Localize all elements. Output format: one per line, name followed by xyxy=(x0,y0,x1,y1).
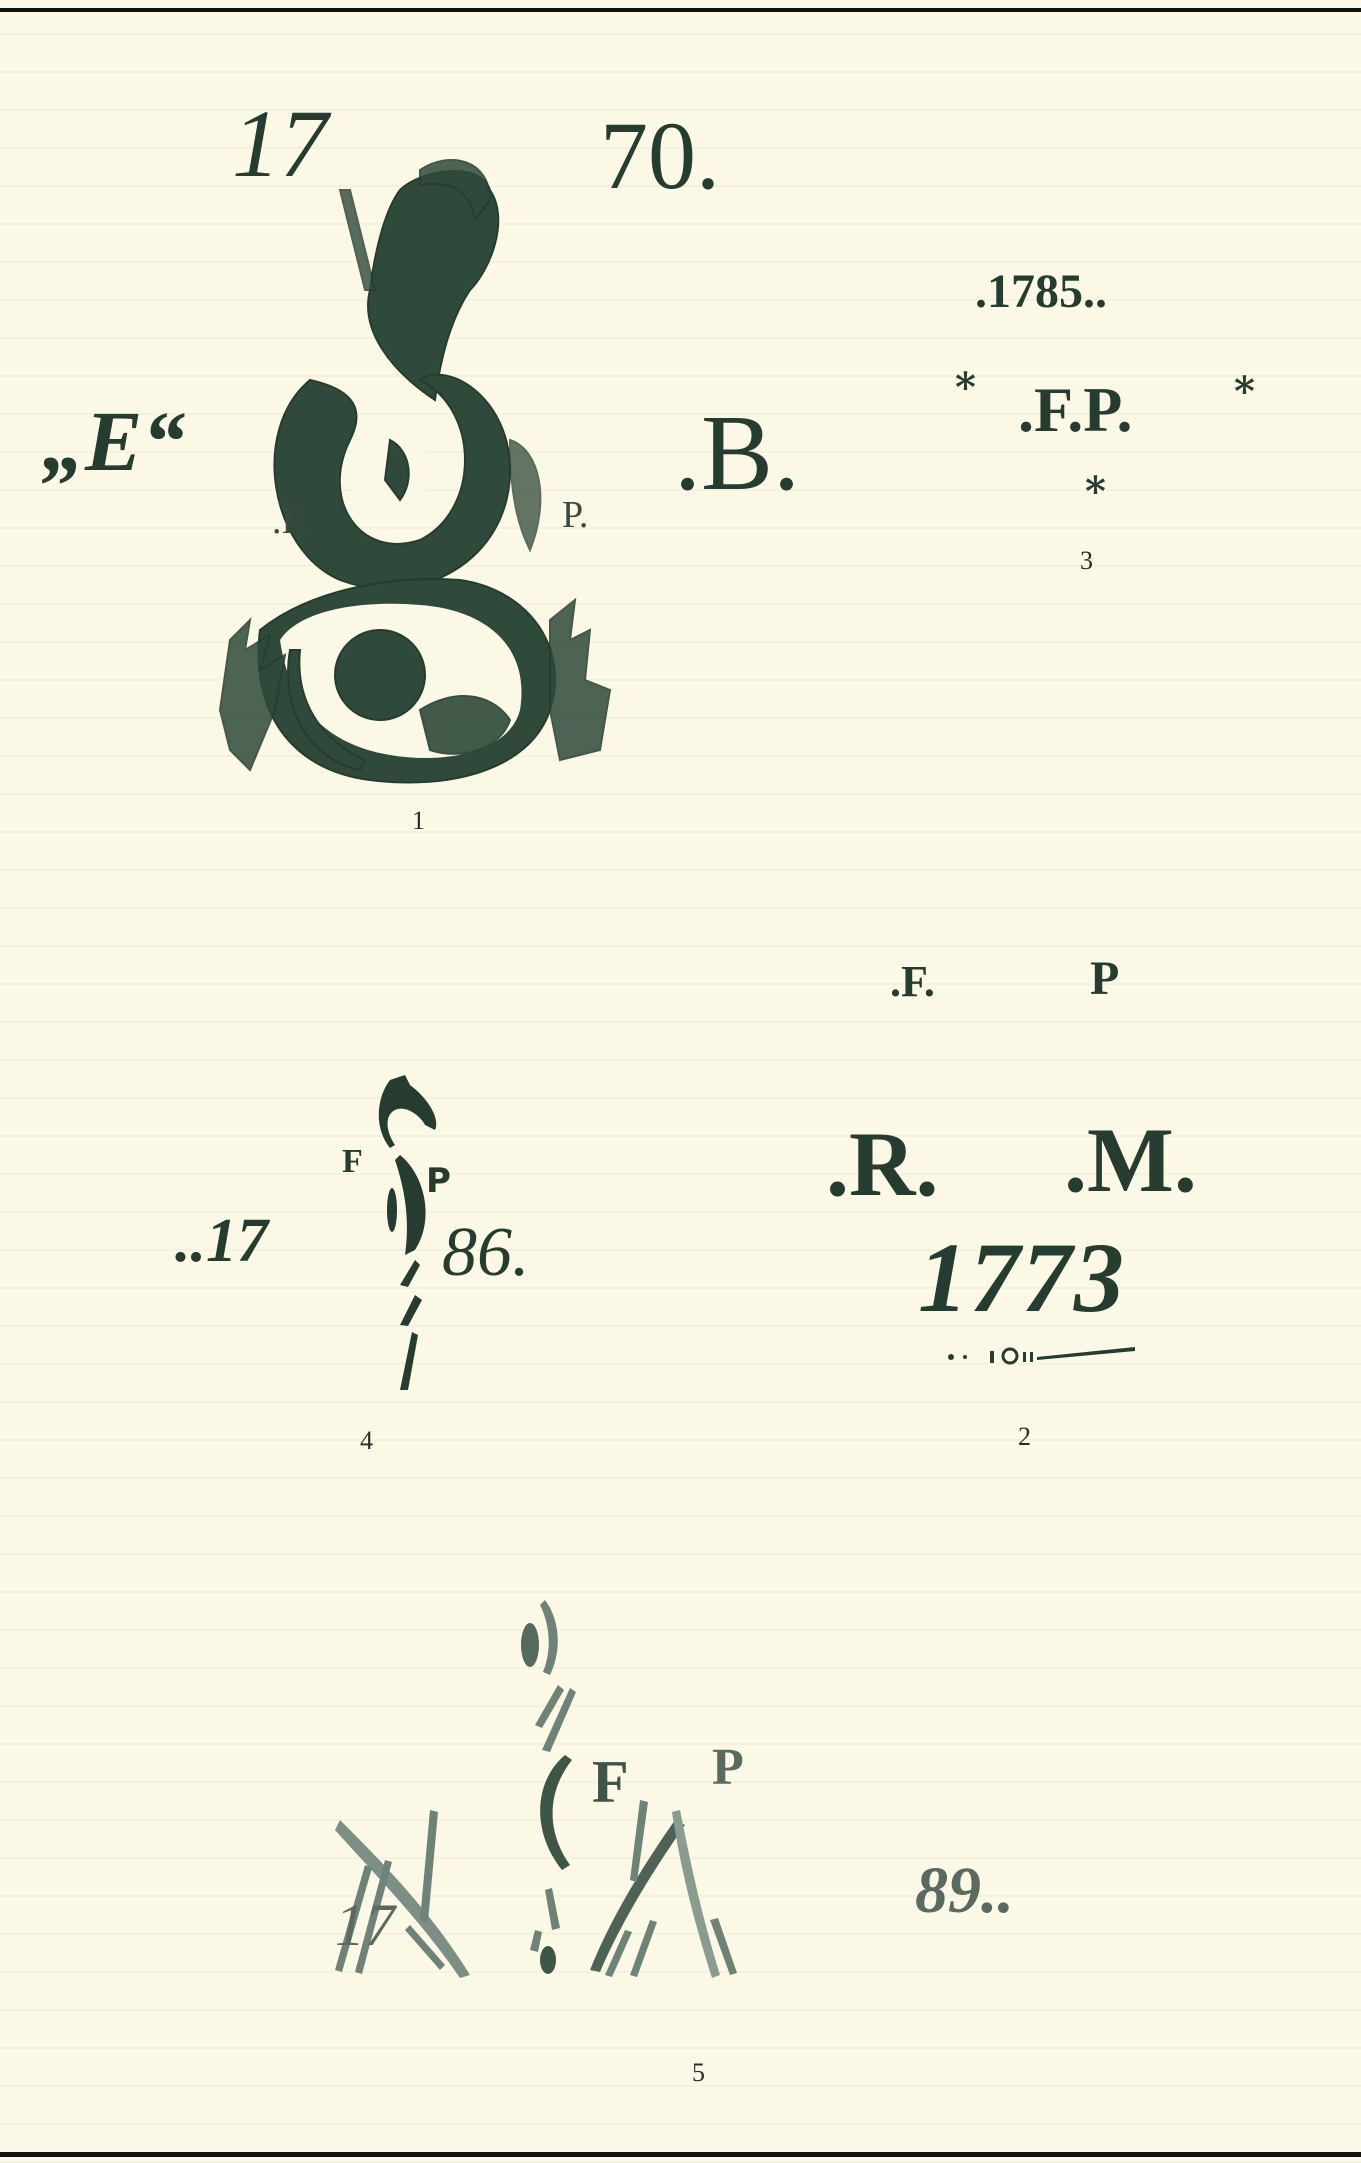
bottom-rule xyxy=(0,2152,1361,2157)
fig2-letter-left: .R. xyxy=(826,1118,938,1210)
fig1-small-right: P. xyxy=(562,496,588,534)
scanned-page: 17 70. „E“ .B. xyxy=(0,0,1361,2163)
fig2-caption: 2 xyxy=(1018,1424,1031,1450)
fig4-caption: 4 xyxy=(360,1428,373,1454)
fig3-star-right: * xyxy=(1234,372,1255,412)
fig1-caption: 1 xyxy=(412,808,425,834)
fig2-underline-ornament-icon xyxy=(945,1345,1145,1365)
fig2-letter-right: .M. xyxy=(1064,1114,1197,1206)
fig3-star-left: * xyxy=(955,368,976,408)
fig3-letters: .F.P. xyxy=(1018,378,1132,442)
fig3-caption: 3 xyxy=(1080,548,1093,574)
fig2-top-left: .F. xyxy=(890,960,935,1004)
rocaille-cartouche-icon xyxy=(190,150,630,800)
fig5-caption: 5 xyxy=(692,2060,705,2086)
fig4-letter-left: F xyxy=(342,1145,363,1179)
fig1-letter-left: „E“ xyxy=(42,398,185,484)
fig5-year-left: 17 xyxy=(335,1895,395,1955)
top-rule xyxy=(0,8,1361,12)
fig4-letter-right: P xyxy=(426,1164,451,1198)
fig1-letter-right: .B. xyxy=(674,400,800,508)
fig5-letter-left: F xyxy=(592,1752,629,1812)
fig5-letter-right: P xyxy=(712,1742,744,1794)
fig2-top-right: P xyxy=(1090,955,1119,1003)
fig5-year-right: 89.. xyxy=(915,1858,1014,1924)
fig4-flourish-icon xyxy=(370,1070,450,1390)
fig4-year-left: ..17 xyxy=(175,1210,268,1272)
fig3-star-bottom: * xyxy=(1085,472,1106,512)
fig3-year: .1785.. xyxy=(975,268,1107,316)
fig1-small-left: .F. xyxy=(272,502,309,540)
fig2-year: 1773 xyxy=(918,1228,1126,1328)
fig4-year-right: 86. xyxy=(442,1218,530,1288)
